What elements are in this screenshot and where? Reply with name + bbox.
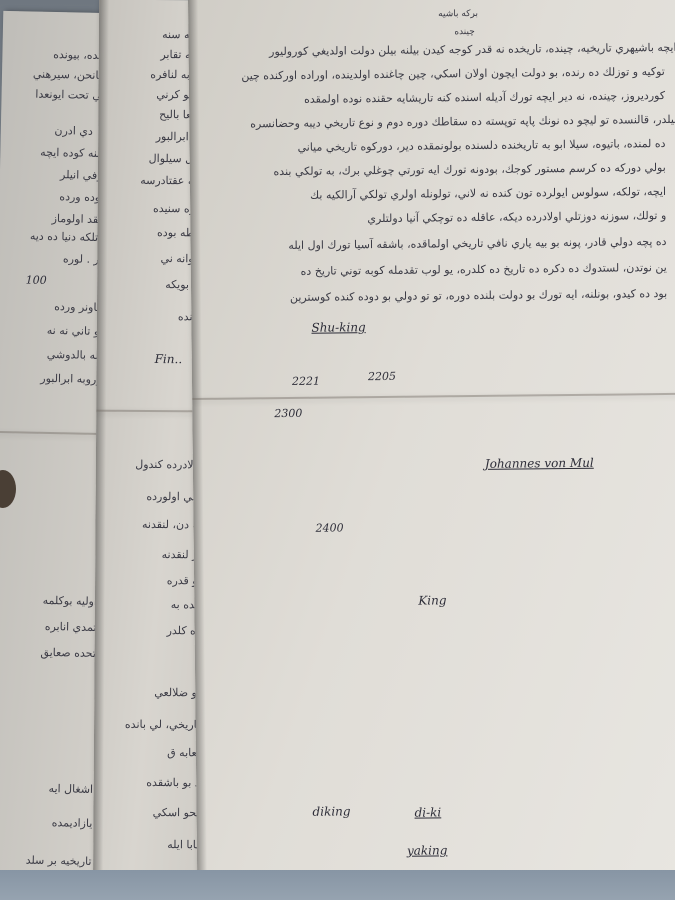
handwritten-line: بابا ايله (167, 838, 199, 851)
handwritten-number: 100 (26, 273, 47, 286)
handwritten-line: بيلدر، قالنسده تو ليچو ده نونك پاپه توپس… (250, 113, 675, 130)
paper-fold (192, 393, 675, 400)
latin-annotation: Shu-king (311, 320, 365, 335)
handwritten-line: اشغال ايه (48, 782, 93, 796)
handwritten-line: ده پچه دولي قادر، پونه بو بيه ياري نافي … (288, 235, 666, 252)
manuscript-page-main: بركه باشيه چينده ايچه باشيهري تاريخيه، چ… (188, 0, 675, 878)
handwritten-line: توكيه و توزلك ده رنده، بو دولت ايچون اول… (241, 65, 665, 82)
handwritten-line: و تولك، سوزنه دوزتلي اولادرده ديكه، عاقل… (367, 209, 666, 225)
latin-annotation: diking (312, 804, 350, 818)
handwritten-line: دي ادرن (54, 124, 93, 138)
table-surface (0, 870, 675, 900)
handwritten-line: بياونر ورده (54, 300, 103, 314)
handwritten-line: د بو باشقده (146, 776, 199, 789)
handwritten-line: ده لمنده، باتيوه، سيلا ابو به تاريخنده د… (297, 137, 665, 154)
handwritten-line: بله بالدوشي (47, 348, 103, 362)
handwritten-line: ين نوتدن، لستدوك ده دكره ده تاريخ ده كلد… (301, 261, 667, 278)
photo-scene: بيلده، بيونده سانحن، سيرهني اني تحت ايون… (0, 0, 675, 900)
handwritten-line: تو تاني نه نه (47, 324, 103, 338)
handwritten-line: ايچه، تولكه، سولوس ايولرده تون كنده نه ل… (310, 185, 666, 202)
handwritten-line: سنه كوده ايچه (40, 146, 106, 160)
handwritten-line: تاريخي، لي بانده (125, 718, 200, 732)
handwritten-line: وروبه ابرالبور (40, 372, 102, 386)
handwritten-number: 2400 (315, 521, 343, 534)
page-subheader: چينده (454, 27, 475, 37)
handwritten-line: سانحن، سيرهني (33, 68, 108, 83)
page-header: بركه باشيه (438, 9, 478, 19)
handwritten-line: يازاديمده (52, 816, 93, 830)
handwritten-line: بولي دوركه ده كرسم مستور كوجك، بودونه تو… (273, 161, 665, 178)
latin-annotation: Johannes von Mul (485, 456, 594, 471)
handwritten-number: 2221 (292, 375, 320, 388)
handwritten-line: تمدي انابره (45, 620, 97, 634)
latin-annotation: di-ki (414, 805, 441, 819)
handwritten-number: 2300 (274, 407, 302, 420)
handwritten-line: بو ضلالعي (154, 686, 200, 699)
handwritten-line: تاريخيه بر سلد (26, 854, 92, 868)
handwritten-line: بود ده كيدو، بونلنه، ايه تورك بو دولت بل… (290, 287, 667, 304)
handwritten-line: ايچه باشيهري تاريخيه، چينده، تاريخده نه … (269, 41, 675, 58)
handwritten-line: تحده صعايق (40, 646, 96, 660)
latin-annotation: yaking (407, 843, 448, 857)
paper-fold (0, 431, 107, 435)
latin-annotation: Fin.. (155, 352, 183, 366)
handwritten-line: تحو اسكي (153, 806, 200, 819)
handwritten-line: اني تحت ايونعدا (35, 88, 108, 103)
latin-annotation: King (418, 593, 446, 607)
handwritten-line: تاتلكه دنيا ده ديه (30, 230, 105, 245)
handwritten-number: 2205 (368, 370, 396, 383)
handwritten-line: اوليه بوكلمه (43, 594, 98, 608)
handwritten-line: كورديروز، چينده، نه دير ايچه تورك آديله … (304, 89, 665, 106)
